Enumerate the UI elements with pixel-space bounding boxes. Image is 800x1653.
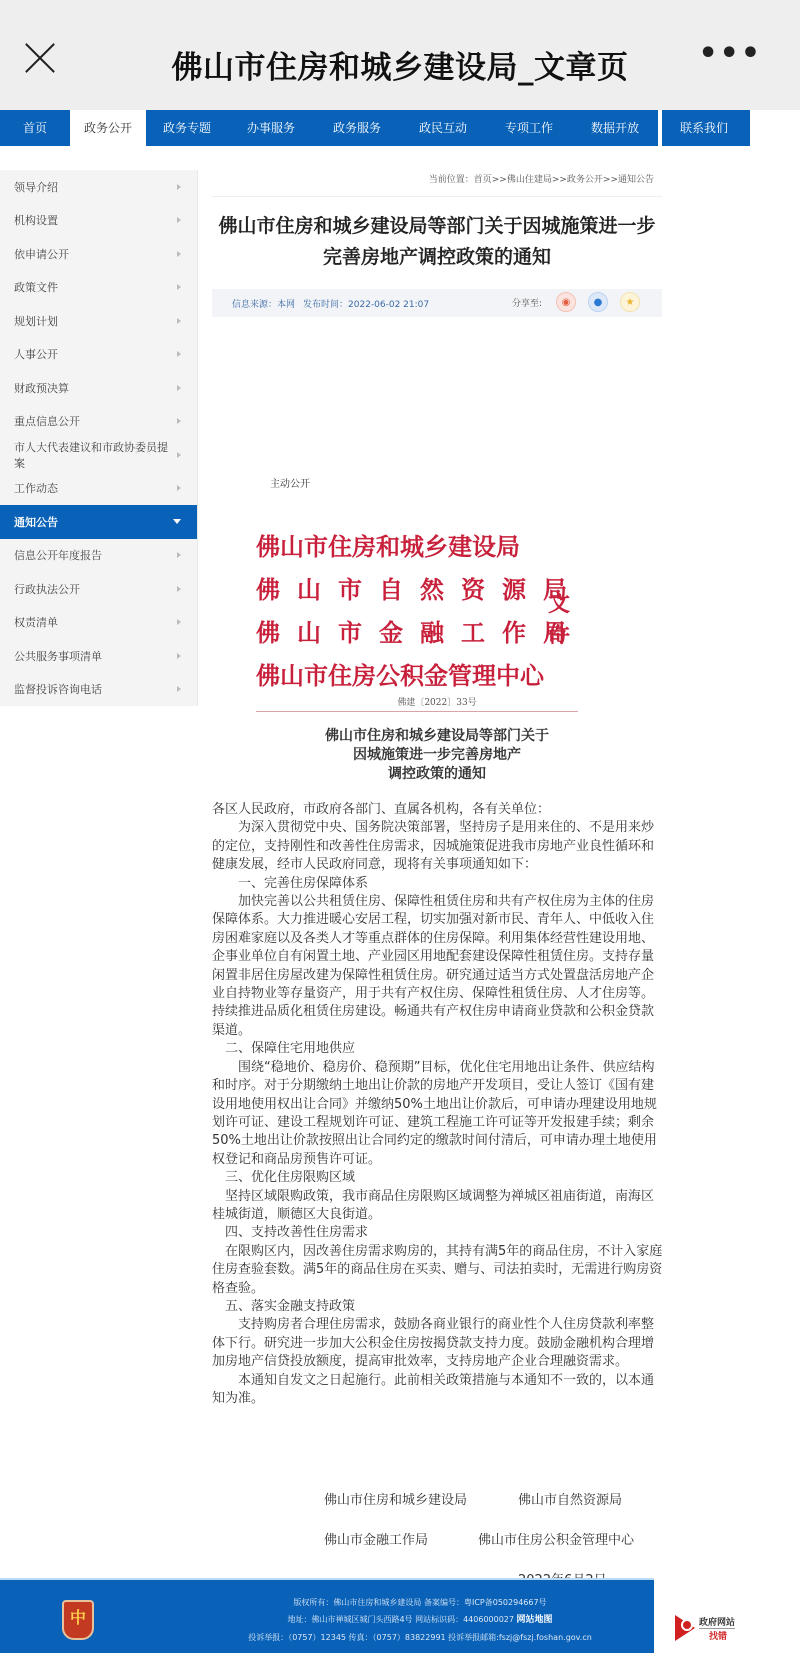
chevron-right-icon <box>177 251 181 257</box>
file-suffix: 文件 <box>548 587 584 649</box>
jiucuo-label: 政府网站 <box>699 1615 735 1629</box>
sidebar-item-public-services[interactable]: 公共服务事项清单 <box>0 639 197 673</box>
chevron-right-icon <box>177 217 181 223</box>
section-heading: 五、落实金融支持政策 <box>212 1298 664 1316</box>
paragraph: 在限购区内，因改善住房需求购房的，其持有满5年的商品住房，不计入家庭住房查验套数… <box>212 1243 664 1298</box>
document-red-header: 佛山市住房和城乡建设局 佛山市自然资源局 佛山市金融工作局 佛山市住房公积金管理… <box>256 525 584 697</box>
chevron-right-icon <box>177 686 181 692</box>
nav-services[interactable]: 办事服务 <box>228 110 314 146</box>
address-line: 地址：佛山市禅城区城门头西路4号 网站标识码：4406000027 网站地图 <box>200 1611 640 1629</box>
sidebar-item-label: 监督投诉咨询电话 <box>14 681 102 697</box>
sidebar-item-key-info[interactable]: 重点信息公开 <box>0 405 197 439</box>
chevron-down-icon <box>173 519 181 524</box>
nav-gov-services[interactable]: 政务服务 <box>314 110 400 146</box>
chevron-right-icon <box>177 318 181 324</box>
section-heading: 四、支持改善性住房需求 <box>212 1224 664 1242</box>
breadcrumb[interactable]: 当前位置：首页>>佛山住建局>>政务公开>>通知公告 <box>212 170 662 190</box>
nav-home[interactable]: 首页 <box>0 110 70 146</box>
sidebar-item-label: 通知公告 <box>14 514 58 530</box>
jiucuo-sublabel: 找错 <box>709 1629 727 1642</box>
sitemap-link[interactable]: 网站地图 <box>517 1615 553 1625</box>
sidebar-item-leaders[interactable]: 领导介绍 <box>0 170 197 204</box>
chevron-right-icon <box>177 385 181 391</box>
complaint-line: 投诉举报：（0757）12345 传真：（0757）83822991 投诉举报邮… <box>200 1629 640 1646</box>
app-bar: 佛山市住房和城乡建设局_文章页 ••• <box>0 0 800 110</box>
footer-info: 版权所有：佛山市住房和城乡建设局 备案编号：粤ICP备050294667号 地址… <box>200 1594 640 1646</box>
public-tag: 主动公开 <box>270 475 310 490</box>
sidebar-item-label: 政策文件 <box>14 279 58 295</box>
nav-gov-affairs-open[interactable]: 政务公开 <box>70 110 146 146</box>
sidebar-item-personnel[interactable]: 人事公开 <box>0 338 197 372</box>
chevron-right-icon <box>177 653 181 659</box>
nav-special-work[interactable]: 专项工作 <box>486 110 572 146</box>
sidebar-item-label: 人事公开 <box>14 346 58 362</box>
address-text: 地址：佛山市禅城区城门头西路4号 网站标识码：4406000027 <box>287 1615 514 1624</box>
chevron-right-icon <box>177 184 181 190</box>
paragraph: 本通知自发文之日起施行。此前相关政策措施与本通知不一致的，以本通知为准。 <box>212 1372 664 1409</box>
page-title: 佛山市住房和城乡建设局_文章页 <box>0 42 800 87</box>
article-title: 佛山市住房和城乡建设局等部门关于因城施策进一步完善房地产调控政策的通知 <box>212 211 662 273</box>
issuer-1: 佛山市住房和城乡建设局 <box>256 525 584 568</box>
chevron-right-icon <box>177 351 181 357</box>
share-label: 分享至: <box>512 296 542 309</box>
nav-contact-us[interactable]: 联系我们 <box>662 110 746 146</box>
sidebar-item-label: 规划计划 <box>14 313 58 329</box>
sidebar-item-complaints[interactable]: 监督投诉咨询电话 <box>0 673 197 707</box>
paragraph: 围绕“稳地价、稳房价、稳预期”目标，优化住宅用地出让条件、供应结构和时序。对于分… <box>212 1059 664 1169</box>
sidebar-item-budget[interactable]: 财政预决算 <box>0 371 197 405</box>
share-bar: 分享至: ◉ ● ★ <box>512 292 648 312</box>
more-options-icon[interactable]: ••• <box>698 44 762 64</box>
sidebar-item-annual-report[interactable]: 信息公开年度报告 <box>0 539 197 573</box>
chevron-right-icon <box>177 452 181 458</box>
sidebar-item-label: 行政执法公开 <box>14 581 80 597</box>
qq-icon[interactable]: ● <box>588 292 608 312</box>
issuer-3: 佛山市金融工作局 <box>256 611 584 654</box>
sidebar-item-notices[interactable]: 通知公告 <box>0 505 197 539</box>
sidebar-item-policy-docs[interactable]: 政策文件 <box>0 271 197 305</box>
chevron-right-icon <box>177 284 181 290</box>
publish-time: 发布时间：2022-06-02 21:07 <box>303 297 429 310</box>
subtitle-line: 调控政策的通知 <box>212 765 662 784</box>
sidebar-item-label: 公共服务事项清单 <box>14 648 102 664</box>
gov-site-error-report-button[interactable]: 政府网站 找错 <box>675 1607 775 1647</box>
paragraph: 为深入贯彻党中央、国务院决策部署，坚持房子是用来住的、不是用来炒的定位，支持刚性… <box>212 819 664 874</box>
subtitle-line: 佛山市住房和城乡建设局等部门关于 <box>212 727 662 746</box>
sidebar-item-label: 重点信息公开 <box>14 413 80 429</box>
chevron-right-icon <box>177 619 181 625</box>
weibo-icon[interactable]: ◉ <box>556 292 576 312</box>
sidebar-item-label: 依申请公开 <box>14 246 69 262</box>
sidebar-item-label: 机构设置 <box>14 212 58 228</box>
chevron-right-icon <box>177 485 181 491</box>
paragraph: 各区人民政府，市政府各部门、直属各机构，各有关单位： <box>212 801 664 819</box>
sidebar-item-label: 财政预决算 <box>14 380 69 396</box>
sidebar-item-label: 市人大代表建议和市政协委员提案 <box>14 439 177 471</box>
issuer-2: 佛山市自然资源局 <box>256 568 584 611</box>
main-nav: 首页 政务公开 政务专题 办事服务 政务服务 政民互动 专项工作 数据开放 联系… <box>0 110 750 146</box>
paragraph: 支持购房者合理住房需求，鼓励各商业银行的商业性个人住房贷款利率整体下行。研究进一… <box>212 1316 664 1371</box>
article-meta: 信息来源：本网 发布时间：2022-06-02 21:07 分享至: ◉ ● ★ <box>212 289 662 317</box>
section-heading: 三、优化住房限购区域 <box>212 1169 664 1187</box>
qzone-icon[interactable]: ★ <box>620 292 640 312</box>
subtitle-line: 因城施策进一步完善房地产 <box>212 746 662 765</box>
document-number: 佛建〔2022〕33号 <box>212 695 662 708</box>
sidebar-item-powers-list[interactable]: 权责清单 <box>0 606 197 640</box>
chevron-right-icon <box>177 418 181 424</box>
sidebar-item-plans[interactable]: 规划计划 <box>0 304 197 338</box>
paragraph: 坚持区域限购政策，我市商品住房限购区域调整为禅城区祖庙街道，南海区桂城街道，顺德… <box>212 1188 664 1225</box>
info-source: 信息来源：本网 <box>232 297 295 310</box>
sidebar-item-proposals[interactable]: 市人大代表建议和市政协委员提案 <box>0 438 197 472</box>
copyright-line: 版权所有：佛山市住房和城乡建设局 备案编号：粤ICP备050294667号 <box>200 1594 640 1611</box>
nav-special-topics[interactable]: 政务专题 <box>146 110 228 146</box>
signature-finance-bureau: 佛山市金融工作局 <box>324 1529 428 1548</box>
sidebar: 领导介绍 机构设置 依申请公开 政策文件 规划计划 人事公开 财政预决算 重点信… <box>0 170 198 706</box>
magnifier-icon <box>681 1619 693 1631</box>
issuer-4: 佛山市住房公积金管理中心 <box>256 654 584 697</box>
document-text: 各区人民政府，市政府各部门、直属各机构，各有关单位： 为深入贯彻党中央、国务院决… <box>212 801 664 1408</box>
nav-interaction[interactable]: 政民互动 <box>400 110 486 146</box>
sidebar-item-label: 权责清单 <box>14 614 58 630</box>
sidebar-item-label: 领导介绍 <box>14 179 58 195</box>
sidebar-item-work-news[interactable]: 工作动态 <box>0 472 197 506</box>
nav-open-data[interactable]: 数据开放 <box>572 110 658 146</box>
section-heading: 二、保障住宅用地供应 <box>212 1040 664 1058</box>
chevron-right-icon <box>177 552 181 558</box>
document-subtitle: 佛山市住房和城乡建设局等部门关于 因城施策进一步完善房地产 调控政策的通知 <box>212 727 662 784</box>
footer: 中 版权所有：佛山市住房和城乡建设局 备案编号：粤ICP备050294667号 … <box>0 1578 654 1653</box>
sidebar-item-law-enforcement[interactable]: 行政执法公开 <box>0 572 197 606</box>
signature-provident-fund: 佛山市住房公积金管理中心 <box>478 1529 634 1548</box>
sidebar-item-label: 信息公开年度报告 <box>14 547 102 563</box>
signature-natural-resources: 佛山市自然资源局 <box>518 1489 622 1508</box>
sidebar-item-apply-disclosure[interactable]: 依申请公开 <box>0 237 197 271</box>
paragraph: 加快完善以公共租赁住房、保障性租赁住房和共有产权住房为主体的住房保障体系。大力推… <box>212 893 664 1040</box>
sidebar-item-organization[interactable]: 机构设置 <box>0 204 197 238</box>
chevron-right-icon <box>177 586 181 592</box>
signature-housing-bureau: 佛山市住房和城乡建设局 <box>324 1489 467 1508</box>
national-emblem-icon: 中 <box>62 1600 94 1640</box>
divider <box>212 196 662 197</box>
red-rule <box>256 711 578 712</box>
article-content: 当前位置：首页>>佛山住建局>>政务公开>>通知公告 佛山市住房和城乡建设局等部… <box>212 170 662 317</box>
sidebar-item-label: 工作动态 <box>14 480 58 496</box>
section-heading: 一、完善住房保障体系 <box>212 875 664 893</box>
